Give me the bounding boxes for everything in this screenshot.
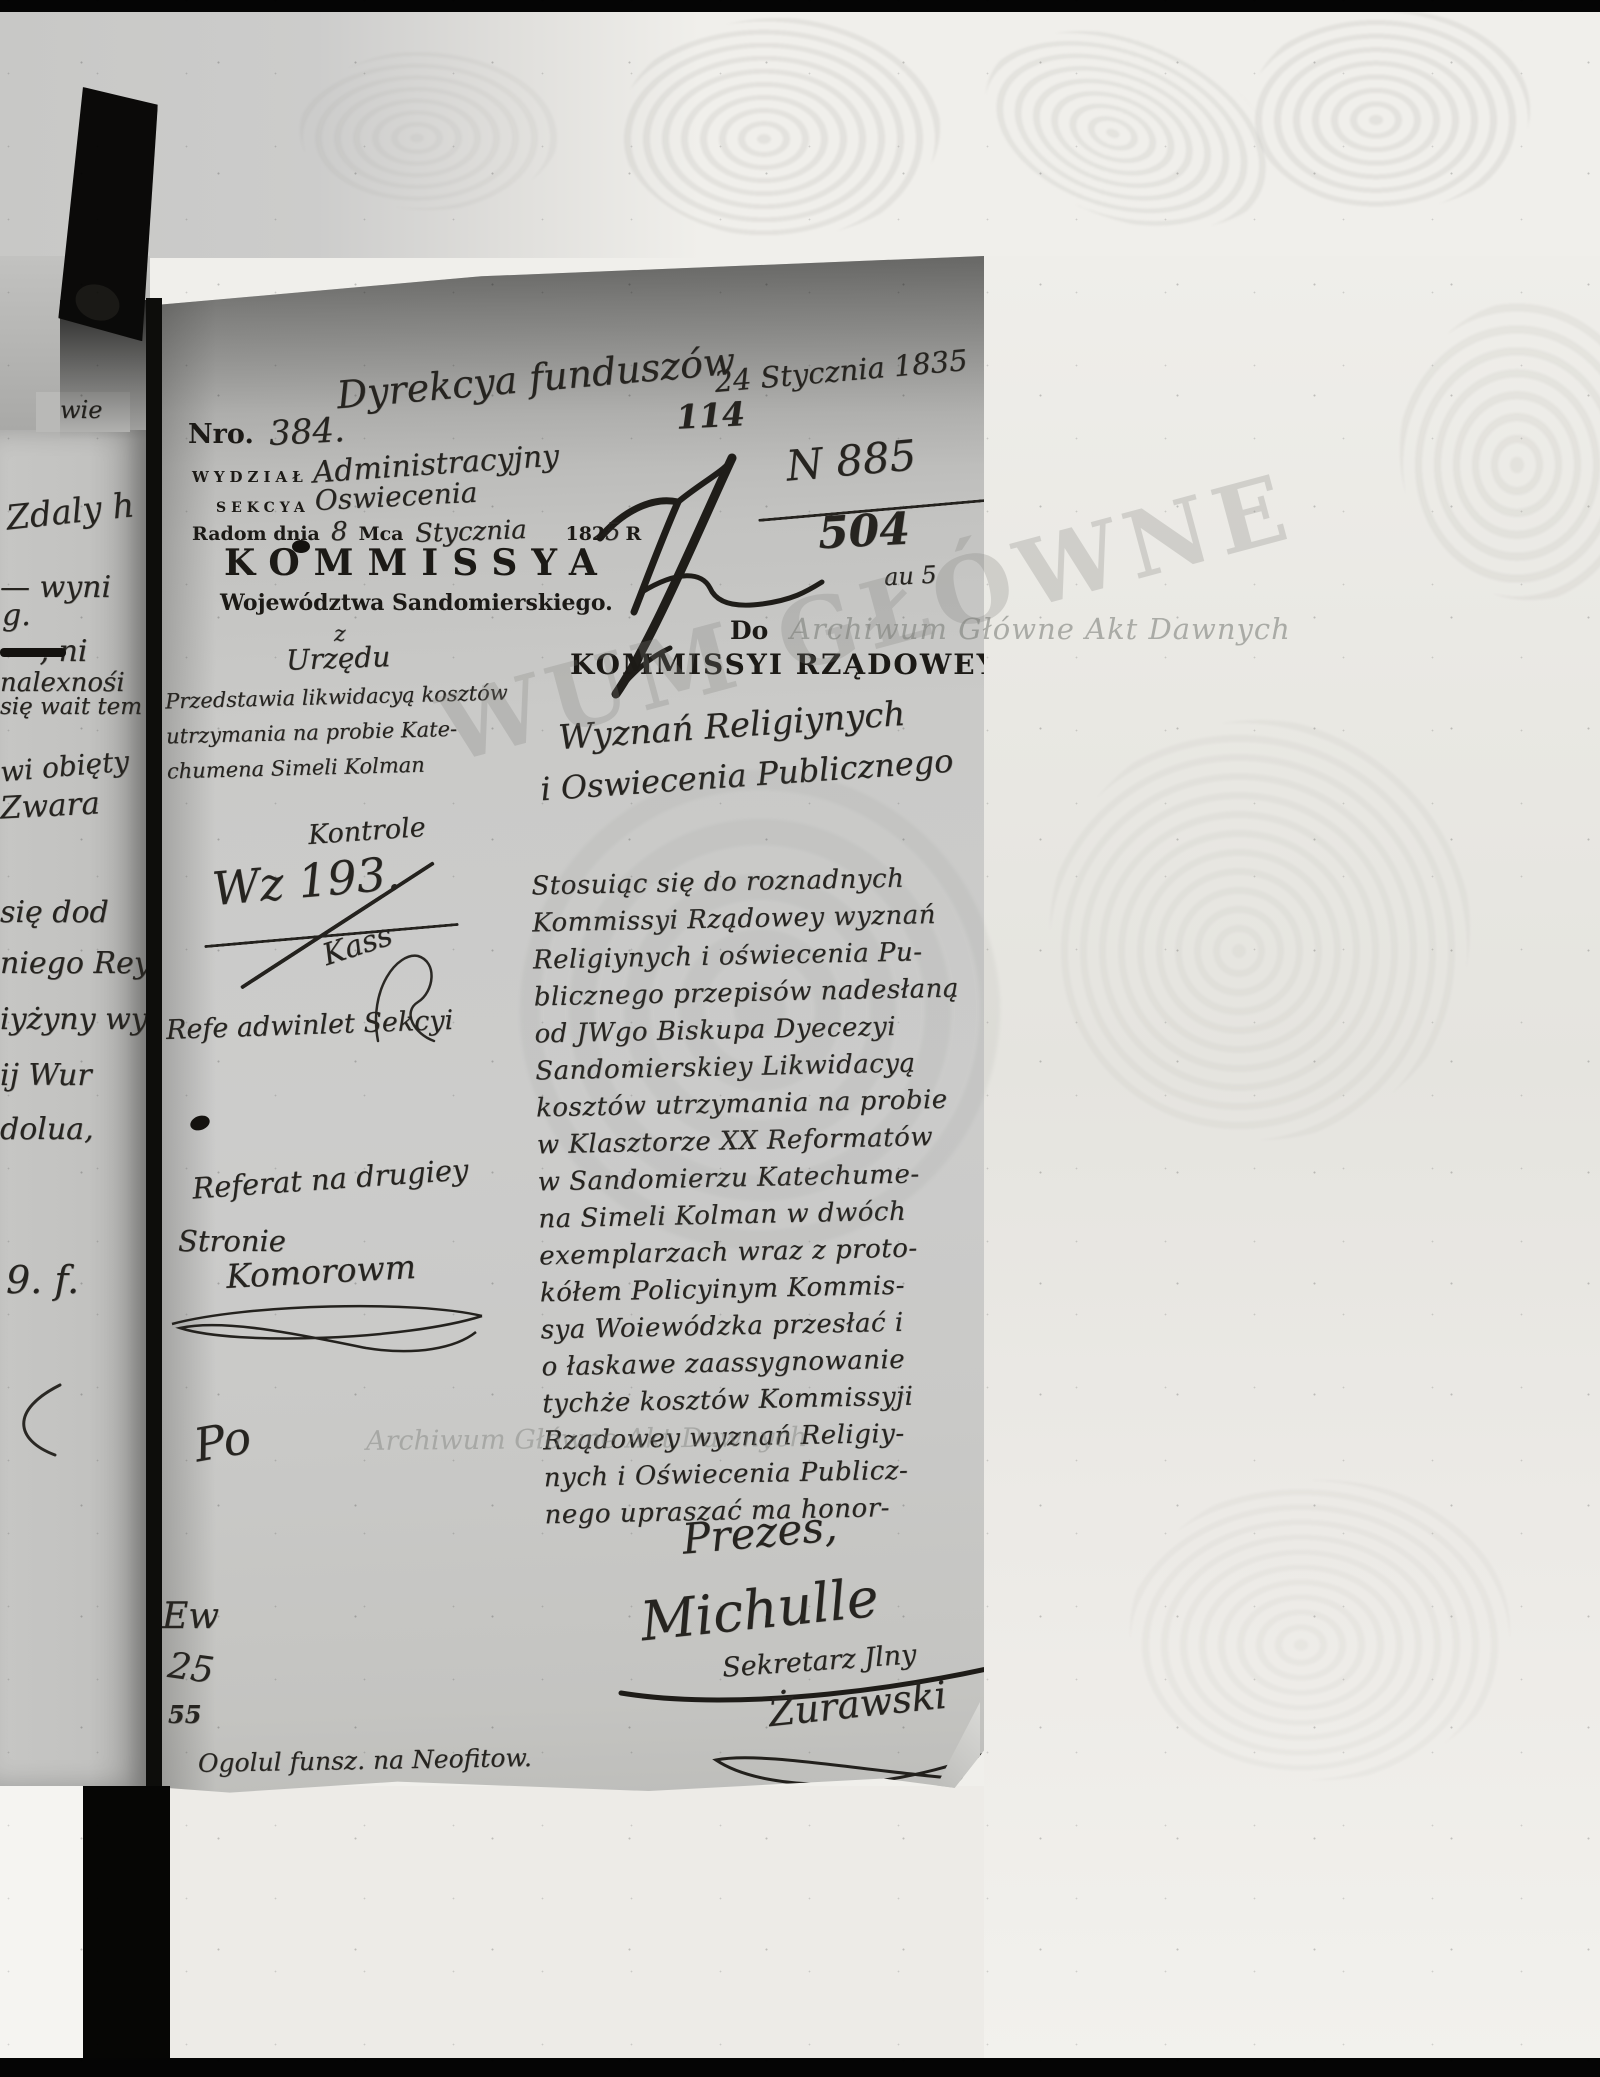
mark-25: 25: [165, 1645, 216, 1692]
cutoff-text: dolua,: [0, 1112, 94, 1147]
cutoff-text: ij Wur: [0, 1058, 92, 1093]
paper-texture: [1130, 1480, 1510, 1780]
binding-gap-line: [146, 298, 162, 1790]
paraph-po: Po: [190, 1409, 255, 1472]
paper-texture: [300, 50, 560, 210]
frame-bar-bottom: [0, 2058, 1600, 2077]
footer-note: Ogolul funsz. na Neofitow.: [198, 1743, 532, 1778]
nro-label: Nro.: [188, 419, 254, 450]
commission-subtitle: Województwa Sandomierskiego.: [220, 590, 613, 616]
wz-note: Wz 193.: [210, 846, 403, 916]
cutoff-text: wi obięty: [0, 744, 130, 788]
year-r: R: [626, 523, 642, 545]
cutoff-text: 9. f.: [6, 1258, 79, 1302]
summary-heading: Urzędu: [285, 640, 390, 677]
archive-watermark-emblem: [520, 770, 1000, 1250]
cutoff-text: niego Rey: [0, 946, 151, 981]
cutoff-text: iyżyny wy: [0, 1002, 148, 1037]
nro-line: Nro. 384.: [188, 412, 345, 452]
ink-blot: [0, 648, 66, 657]
nro-value: 384.: [268, 410, 346, 454]
cutoff-text: g.: [2, 598, 31, 633]
binding-strip-bottom: [83, 1786, 170, 2062]
adjacent-page: Zdaly h — wyni g. — , ni nalexnośi się w…: [0, 430, 148, 1786]
mark-ew: Ew: [162, 1596, 219, 1637]
cutoff-text: Zwara: [0, 785, 101, 826]
archive-watermark-stamp: Archiwum Główne Akt Dawnych: [366, 1422, 807, 1457]
backdrop-bottom-band: [150, 1786, 984, 2062]
section-value: Oswiecenia: [314, 476, 478, 517]
cutoff-text: Zdaly h: [4, 485, 136, 538]
kontrole-note: Kontrole: [307, 812, 427, 851]
ink-blot: [292, 540, 310, 553]
section-line: SEKCYA Oswiecenia: [216, 486, 478, 519]
paper-texture: [958, 0, 1301, 266]
archival-scan-photo: Zdaly h — wyni g. — , ni nalexnośi się w…: [0, 0, 1600, 2077]
signature-flourish: [166, 1296, 496, 1368]
referat-line1: Referat na drugiey: [191, 1152, 469, 1205]
frame-bar-top: [0, 0, 1600, 12]
referat-line2: Stronie: [178, 1224, 286, 1258]
dept-label: WYDZIAŁ: [192, 468, 308, 486]
registry-folio: 114: [675, 394, 746, 437]
section-label: SEKCYA: [216, 500, 310, 516]
page-number: 55: [168, 1700, 201, 1729]
cutoff-text: się wait tem: [0, 694, 142, 720]
paper-texture: [620, 18, 940, 238]
cutoff-text: się dod: [0, 895, 109, 930]
commission-title: KOMMISSYA: [224, 542, 611, 584]
shadow-under-wedge: [60, 300, 155, 440]
president-signature: Michulle: [637, 1566, 881, 1654]
paper-texture: [1050, 720, 1470, 1140]
bottom-left-page: [0, 1786, 83, 2062]
pen-flourish: [0, 1380, 70, 1460]
paper-texture: [1250, 10, 1530, 210]
